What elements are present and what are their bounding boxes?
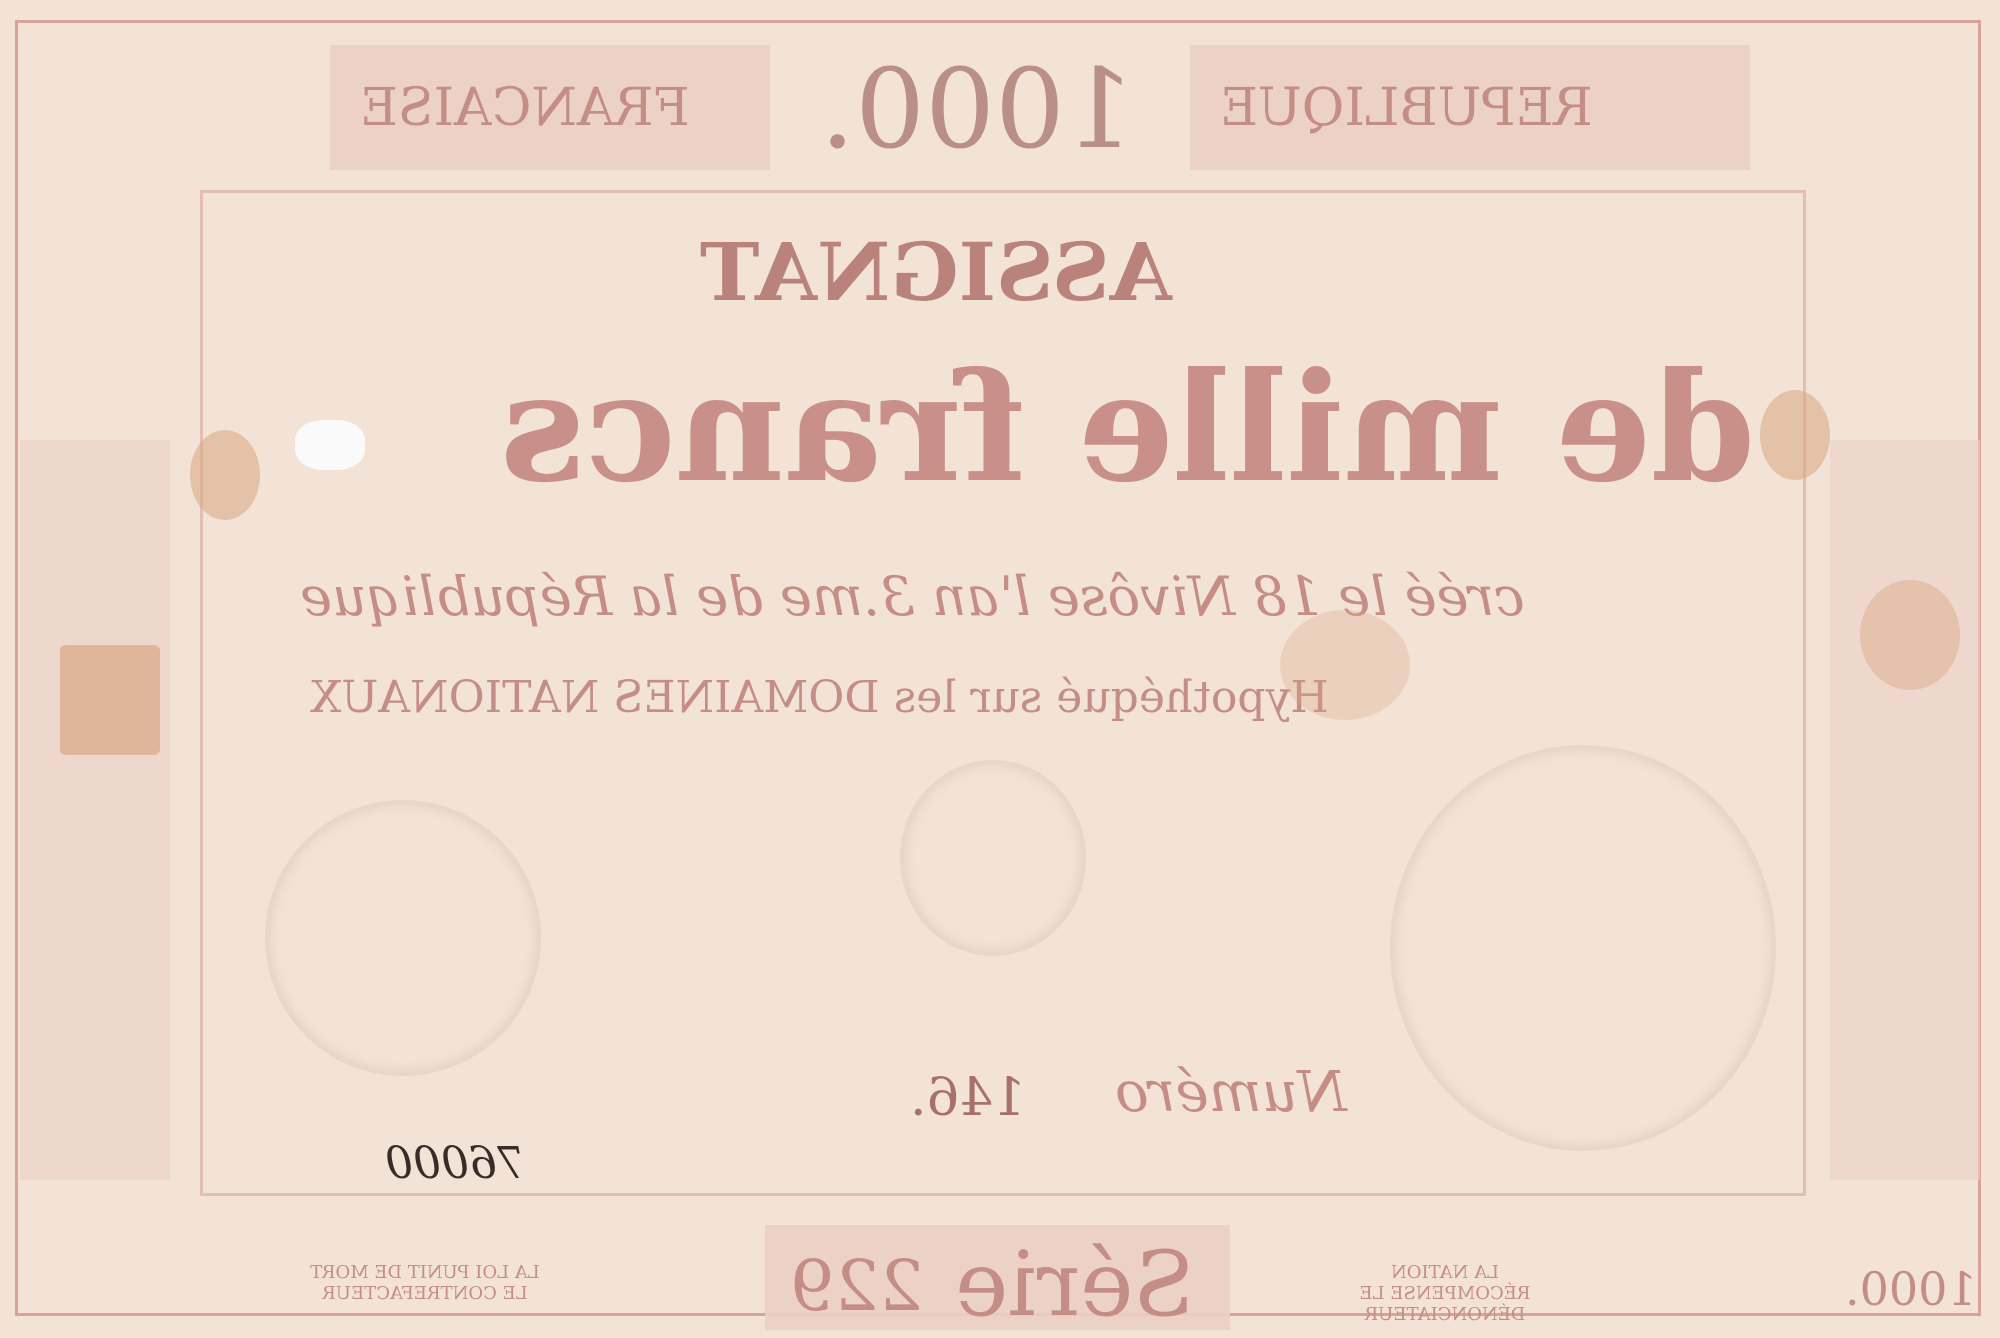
stain — [1280, 610, 1410, 720]
handwritten-number: 76000 — [385, 1138, 525, 1189]
banknote-scan: REPUBLIQUE FRANCAISE 1000. ASSIGNAT de m… — [0, 0, 2000, 1338]
stain — [60, 645, 160, 755]
top-left-caption: REPUBLIQUE — [1220, 78, 1593, 138]
bottom-right-value: 1000. — [1845, 1262, 1977, 1316]
stain — [1760, 390, 1830, 480]
paper-hole — [295, 420, 365, 470]
title: ASSIGNAT — [700, 225, 1172, 319]
bottom-left-caption: LA LOI PUNIT DE MORT LE CONTREFACTEUR — [310, 1262, 540, 1304]
number-label: Numéro — [1115, 1060, 1347, 1125]
bottom-right-caption: LA NATION RÉCOMPENSE LE DÉNONCIATEUR — [1330, 1262, 1560, 1325]
mortgage-line: Hypothéqué sur les DOMAINES NATIONAUX — [310, 672, 1329, 723]
top-right-caption: FRANCAISE — [360, 78, 690, 138]
serie-label: Série — [955, 1232, 1195, 1337]
left-seal-emboss — [265, 800, 541, 1076]
left-side-panel — [20, 440, 170, 1180]
center-seal-emboss — [900, 760, 1086, 956]
stain — [190, 430, 260, 520]
right-seal-emboss — [1390, 745, 1776, 1151]
top-value: 1000. — [820, 45, 1135, 173]
denomination: de mille francs — [500, 340, 1755, 516]
number-value: 146. — [910, 1068, 1026, 1128]
right-side-panel — [1830, 440, 1980, 1180]
stain — [1860, 580, 1960, 690]
serie-value: 229 — [790, 1245, 924, 1327]
